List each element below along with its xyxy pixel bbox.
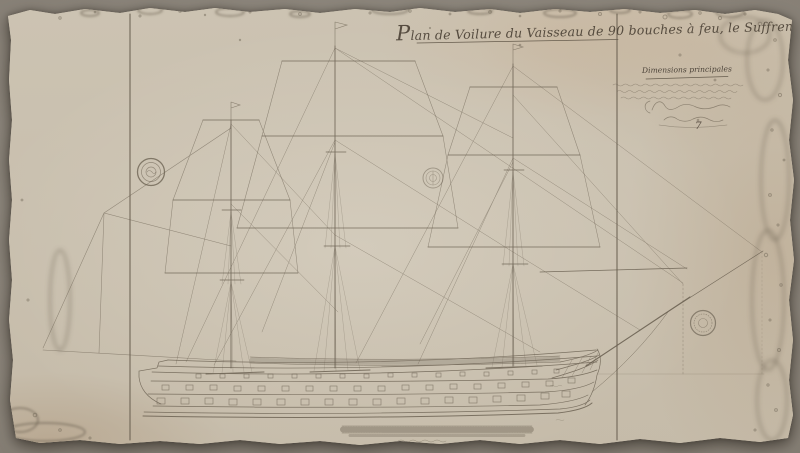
spritsail-yard <box>540 268 687 272</box>
figure-number: 7 <box>695 120 702 132</box>
sheet-shadow-wrap: Plan de Voilure du Vaisseau de 90 bouche… <box>0 0 800 453</box>
jib-boom <box>658 251 763 318</box>
gunport-row-lower <box>157 391 570 405</box>
crosstrees <box>220 152 528 280</box>
scale-bar <box>342 426 532 442</box>
signature-script <box>645 101 730 128</box>
spanker-sail <box>43 128 236 361</box>
stays-and-rigging <box>176 48 764 374</box>
handwritten-note-lines <box>613 84 743 99</box>
scale-caption-script <box>398 440 446 442</box>
archive-stamp-left <box>138 159 165 186</box>
sail-outlines <box>43 61 600 361</box>
scan-background: Plan de Voilure du Vaisseau de 90 bouche… <box>0 0 800 453</box>
dimensions-heading: Dimensions principales <box>642 64 752 75</box>
archive-stamp-right <box>691 311 716 336</box>
paper-sheet: Plan de Voilure du Vaisseau de 90 bouche… <box>0 0 800 453</box>
dimensions-heading-underline <box>646 77 728 80</box>
gunport-rows <box>157 369 575 405</box>
archive-stamp-center <box>423 168 443 188</box>
fold-creases <box>130 14 617 440</box>
gunport-row-upper <box>196 369 559 378</box>
